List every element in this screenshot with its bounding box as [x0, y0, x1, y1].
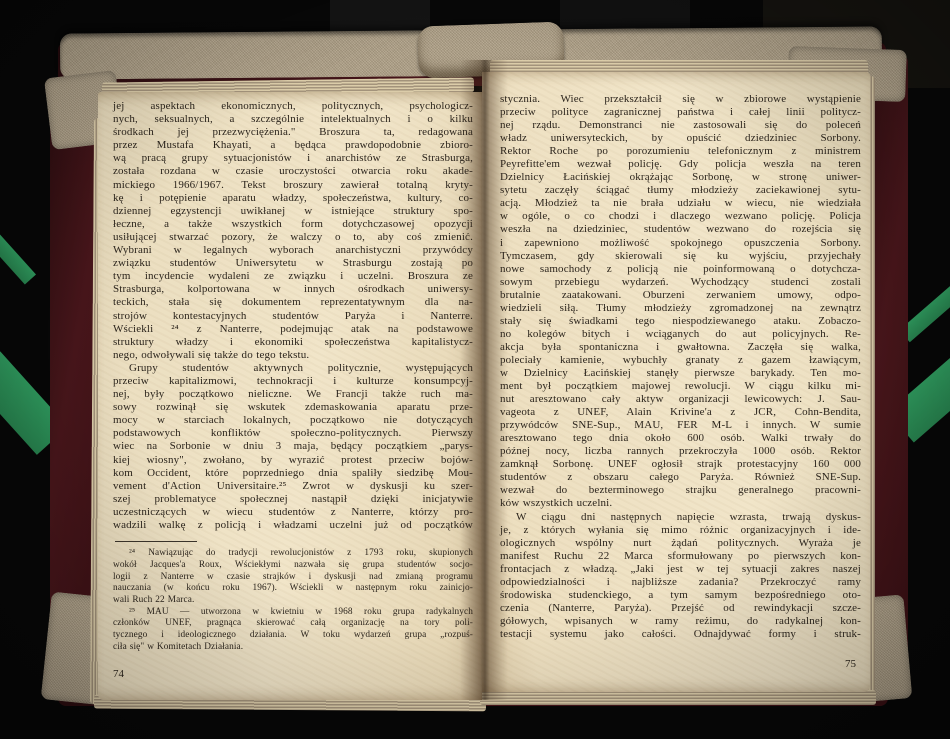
- text-line: poleciały kamienie, wybuchły granaty z g…: [500, 354, 861, 367]
- text-line: je, z których wyłania się mimo różnic or…: [500, 524, 861, 537]
- text-line: nych, seksualnych, a szczególnie intelek…: [113, 113, 473, 126]
- text-line: władz uniwersyteckich, by opuścić dziedz…: [500, 132, 861, 145]
- text-line: ²⁴ Nawiązując do tradycji rewolucjonistó…: [113, 548, 473, 560]
- text-line: frontacjach z władzą. „Jaki jest w tej s…: [500, 563, 861, 576]
- text-line: kom Occident, które poprzedniego dnia sp…: [113, 467, 473, 480]
- text-line: ciła się" w Komitetach Działania.: [113, 642, 473, 654]
- text-line: weszła na dziedziniec, studentów wezwano…: [500, 223, 861, 236]
- text-line: nej rządu. Demonstranci nie zastosowali …: [500, 119, 861, 132]
- page-number-right: 75: [845, 658, 856, 670]
- text-line: tym incydencie wydaleni ze związku i ucz…: [113, 270, 473, 283]
- text-line: Dzielnicy Łacińskiej okrążając Sorbonę, …: [500, 171, 861, 184]
- text-line: vageota z UNEF, Alain Krivine'a z JCR, C…: [500, 406, 861, 419]
- text-line: wą pracą grupy sytuacjonistów i anarchis…: [113, 152, 473, 165]
- left-page-text-column: jej aspektach ekonomicznych, politycznyc…: [113, 100, 473, 653]
- text-line: usiłującej stwarzać pozory, że walczy o …: [113, 231, 473, 244]
- text-line: tycznego i ideologicznego działania. W t…: [113, 630, 473, 642]
- book-gutter-shadow: [460, 60, 508, 700]
- background-green-stripe: [0, 222, 36, 284]
- text-line: przeciw polityce zagranicznej państwa i …: [500, 106, 861, 119]
- text-line: w Dzielnicy Łacińskiej stanęły pierwsze …: [500, 367, 861, 380]
- text-line: ²⁵ MAU — utworzona w kwietniu w 1968 rok…: [113, 607, 473, 619]
- text-line: brutalnie zaatakowani. Oburzeni zerwanie…: [500, 289, 861, 302]
- text-line: ment był początkiem majowej rewolucji. W…: [500, 380, 861, 393]
- text-line: teckich, stała się dokumentem reprezenta…: [113, 296, 473, 309]
- text-line: przywódców SNE-Sup., MAU, FER M-L i inny…: [500, 419, 861, 432]
- text-line: Strasburga, kolportowana w innych ośrodk…: [113, 283, 473, 296]
- text-line: nut aresztowano cały aktyw organizacji l…: [500, 393, 861, 406]
- text-line: wiedzieli siłą. Tłumy młodzieży zgromadz…: [500, 302, 861, 315]
- text-line: związku studentów Uniwersytetu w Strasbu…: [113, 257, 473, 270]
- paragraph: stycznia. Wiec przekształcił się w zbior…: [500, 93, 861, 511]
- text-line: Wybrani w legalnych wyborach anarchistyc…: [113, 244, 473, 257]
- text-line: wadzili walkę z policją i władzami uczel…: [113, 519, 473, 532]
- text-line: mocy w starciach lokalnych, początkowo n…: [113, 414, 473, 427]
- text-line: i zapewniono możliwość spokojnego opuszc…: [500, 237, 861, 250]
- text-line: Rektor Roche po porozumieniu telefoniczn…: [500, 145, 861, 158]
- right-page: stycznia. Wiec przekształcił się w zbior…: [482, 72, 870, 692]
- text-line: środowiska studenckiego, a tym samym bez…: [500, 589, 861, 602]
- book-photograph: jej aspektach ekonomicznych, politycznyc…: [0, 0, 950, 739]
- paragraph: ²⁵ MAU — utworzona w kwietniu w 1968 rok…: [113, 607, 473, 654]
- text-line: Grupy studentów aktywnych politycznie, w…: [113, 362, 473, 375]
- paragraph: W ciągu dni następnych napięcie wzrasta,…: [500, 511, 861, 641]
- text-line: sowy rozwinął się wskutek zdemaskowania …: [113, 401, 473, 414]
- text-line: gółowych, wpisanych w ramy reżimu, do ra…: [500, 615, 861, 628]
- text-line: Tymczasem, gdy skierowali się ku wyjściu…: [500, 250, 861, 263]
- text-line: wali Ruch 22 Marca.: [113, 595, 473, 607]
- text-line: testacji systemu jako całości. Odnajdywa…: [500, 628, 861, 641]
- text-line: wokół Jacques'a Roux, Wściekłymi nazwała…: [113, 560, 473, 572]
- text-line: studentów z obszaru całego Paryża. Równi…: [500, 471, 861, 484]
- text-line: mickiego 1966/1967. Tekst broszury zawie…: [113, 179, 473, 192]
- text-line: nej, były początkowo nieliczne. We Franc…: [113, 388, 473, 401]
- right-page-text-column: stycznia. Wiec przekształcił się w zbior…: [500, 93, 861, 641]
- text-line: stycznia. Wiec przekształcił się w zbior…: [500, 93, 861, 106]
- page-number-left: 74: [113, 668, 124, 680]
- text-line: vement d'Action Universitaire.²⁵ Zwrot w…: [113, 480, 473, 493]
- text-line: wiec na Sorbonie w dniu 3 maja, będący p…: [113, 440, 473, 453]
- text-line: struktury władzy i ekonomiki społeczeńst…: [113, 336, 473, 349]
- text-line: akcja była spontaniczna i gwałtowna. Zac…: [500, 341, 861, 354]
- text-line: strojów kontestacyjnych studentów Paryża…: [113, 310, 473, 323]
- text-line: podstawowych konfliktów społeczno-polity…: [113, 427, 473, 440]
- paragraph: jej aspektach ekonomicznych, politycznyc…: [113, 100, 473, 362]
- text-line: członków UNEF, pragnąca skierować całą o…: [113, 618, 473, 630]
- text-line: kiej wiosny", zwołano, by wyrazić protes…: [113, 454, 473, 467]
- text-line: zamknął Sorbonę. UNEF ogłosił strajk pro…: [500, 458, 861, 471]
- text-line: W ciągu dni następnych napięcie wzrasta,…: [500, 511, 861, 524]
- text-line: sowym przebiegu wydarzeń. Wychodzący stu…: [500, 276, 861, 289]
- left-page-body: jej aspektach ekonomicznych, politycznyc…: [113, 100, 473, 532]
- text-line: środkach jej przezwyciężenia." Broszura …: [113, 126, 473, 139]
- text-line: wezwał do bezterminowego strajku general…: [500, 484, 861, 497]
- text-line: nego, odwoływali się także do tego tekst…: [113, 349, 473, 362]
- text-line: łeczne, a także wszystkich form dotychcz…: [113, 218, 473, 231]
- text-line: w ogóle, o co chodzi i dlaczego wezwano …: [500, 210, 861, 223]
- text-line: manifest Ruchu 22 Marca sformułowany po …: [500, 550, 861, 563]
- text-line: przez Mustafa Khayati, a będąca prawdopo…: [113, 139, 473, 152]
- page-edges-bottom-right: [480, 690, 876, 705]
- text-line: czenia (Nanterre, Paryża). Przejść od re…: [500, 602, 861, 615]
- text-line: acją. Młodzież ta nie brała udziału w wi…: [500, 197, 861, 210]
- text-line: dziennej egzystencji uwikłanej w istniej…: [113, 205, 473, 218]
- footnote-block: ²⁴ Nawiązując do tradycji rewolucjonistó…: [113, 548, 473, 653]
- text-line: została rozdana w czasie uroczystości ot…: [113, 165, 473, 178]
- text-line: ków wszystkich uczelni.: [500, 497, 861, 510]
- text-line: Peyrefitte'em wezwał policję. Gdy policj…: [500, 158, 861, 171]
- text-line: jej aspektach ekonomicznych, politycznyc…: [113, 100, 473, 113]
- text-line: logii z Nanterre w czasie strajków i dys…: [113, 572, 473, 584]
- text-line: kę i potępienie aparatu władzy, społecze…: [113, 192, 473, 205]
- text-line: nowe samochody z policją nie poinformowa…: [500, 263, 861, 276]
- text-line: stały się świadkami tego niespodziewaneg…: [500, 315, 861, 328]
- text-line: szej problematyce społecznej nastąpił dz…: [113, 493, 473, 506]
- text-line: no kolegów bitych i wciąganych do aut po…: [500, 328, 861, 341]
- left-page: jej aspektach ekonomicznych, politycznyc…: [98, 92, 482, 700]
- paragraph: Grupy studentów aktywnych politycznie, w…: [113, 362, 473, 532]
- text-line: uczestniczących w wiecu studentów z Nant…: [113, 506, 473, 519]
- right-page-body: stycznia. Wiec przekształcił się w zbior…: [500, 93, 861, 641]
- footnote-separator-rule: [115, 541, 197, 542]
- text-line: aresztowano tego dnia około 600 osób. Wa…: [500, 432, 861, 445]
- text-line: ologicznych wspólny nurt żądań polityczn…: [500, 537, 861, 550]
- paragraph: ²⁴ Nawiązując do tradycji rewolucjonistó…: [113, 548, 473, 607]
- text-line: odpowiedzialności i najbliższe zadania? …: [500, 576, 861, 589]
- text-line: sytetu zaczęły ściągać tłumy młodzieży z…: [500, 184, 861, 197]
- text-line: późnej nocy, liczba rannych przekroczyła…: [500, 445, 861, 458]
- text-line: przeciw kapitalizmowi, technokracji i ku…: [113, 375, 473, 388]
- text-line: Wściekli ²⁴ z Nanterre, podejmując atak …: [113, 323, 473, 336]
- text-line: nauczania (w końcu roku 1967). Wściekli …: [113, 583, 473, 595]
